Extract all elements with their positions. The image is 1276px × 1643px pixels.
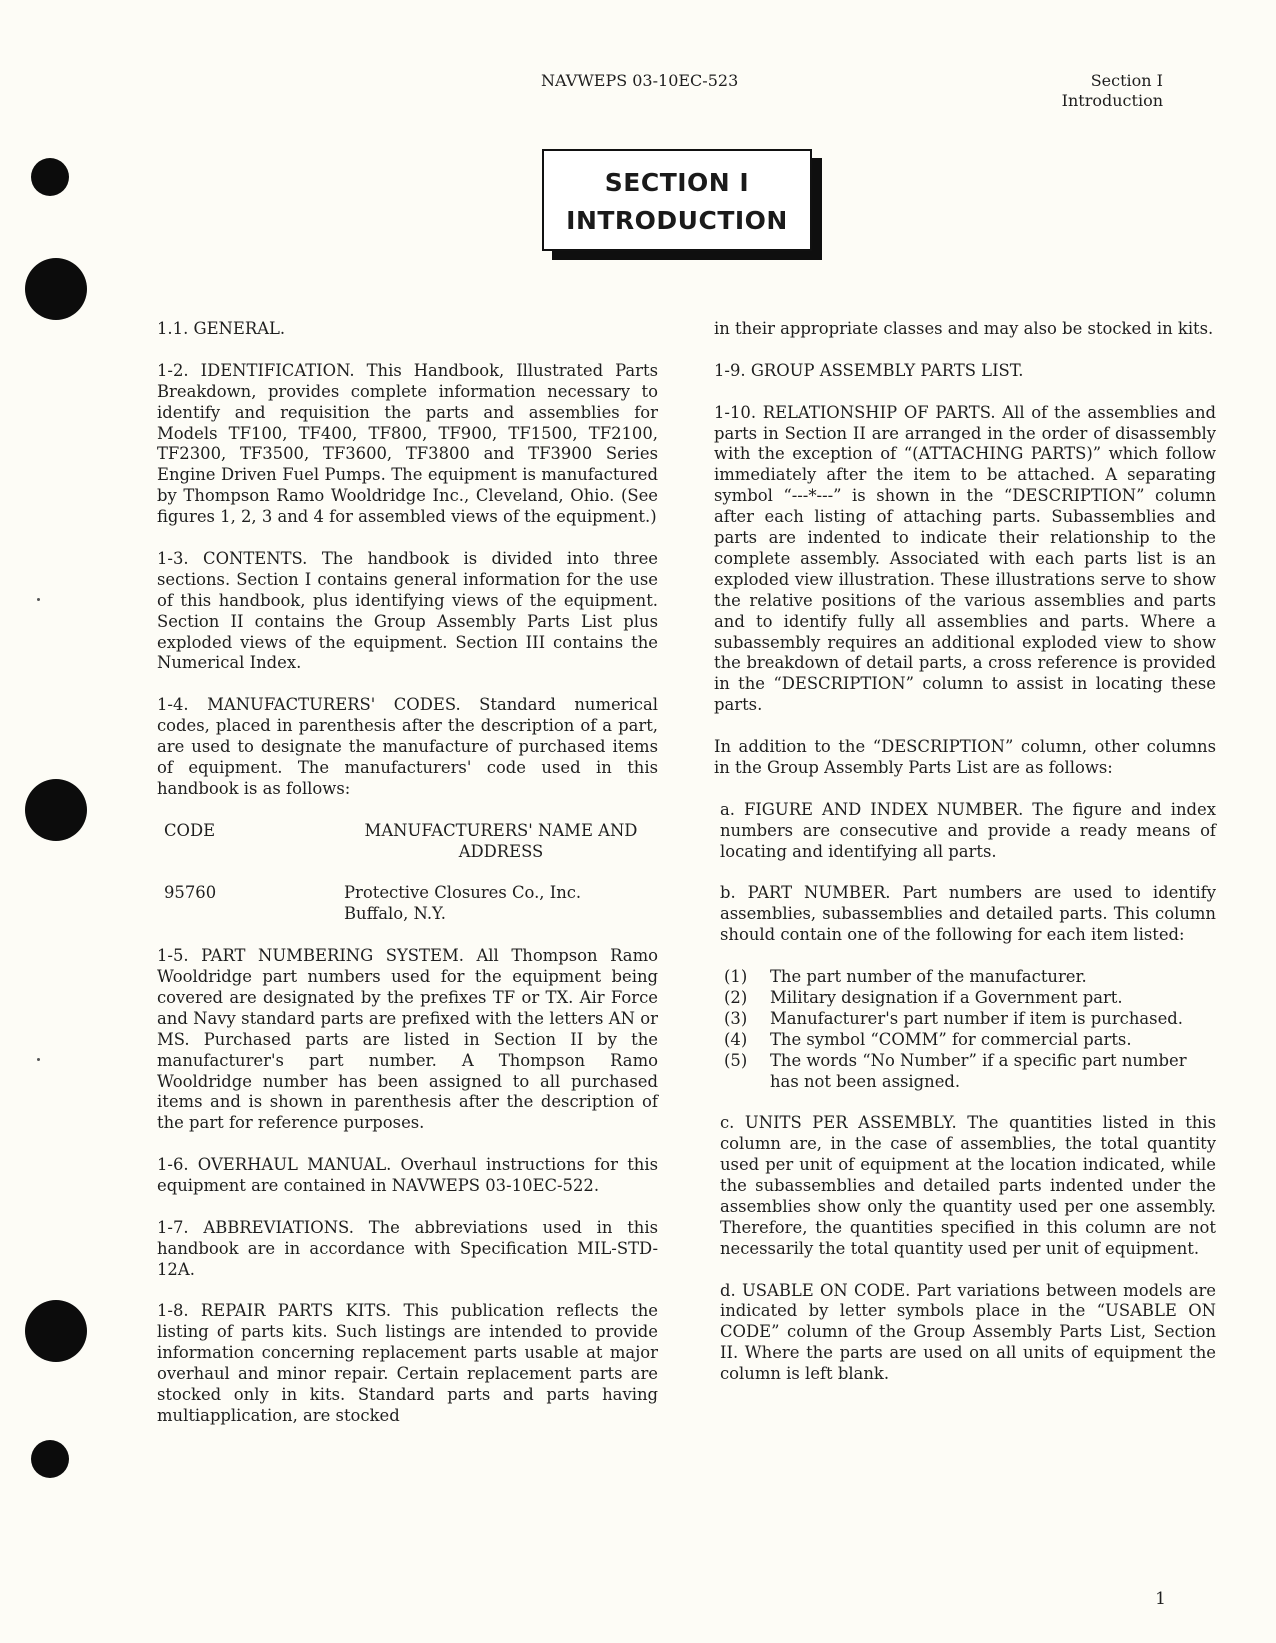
list-item: (2)Military designation if a Government … <box>714 988 1216 1009</box>
manufacturers-code-table: CODE MANUFACTURERS' NAME AND ADDRESS 957… <box>157 821 658 926</box>
right-column: in their appropriate classes and may als… <box>714 319 1216 1406</box>
scan-speck <box>37 598 40 601</box>
manufacturer-name: Protective Closures Co., Inc. <box>344 883 658 904</box>
header-name-line2: ADDRESS <box>344 842 658 863</box>
para-other-columns: In addition to the “DESCRIPTION” column,… <box>714 737 1216 779</box>
document-number: NAVWEPS 03-10EC-523 <box>541 71 738 90</box>
list-item: (4)The symbol “COMM” for commercial part… <box>714 1030 1216 1051</box>
list-number: (2) <box>714 988 770 1009</box>
list-text: The symbol “COMM” for commercial parts. <box>770 1030 1216 1051</box>
manufacturer-address: Buffalo, N.Y. <box>344 904 658 925</box>
code-value: 95760 <box>157 883 344 925</box>
list-text: Military designation if a Government par… <box>770 988 1216 1009</box>
binder-hole-1 <box>31 158 69 196</box>
para-b-part-number: b. PART NUMBER. Part numbers are used to… <box>714 883 1216 946</box>
list-text: The part number of the manufacturer. <box>770 967 1216 988</box>
list-number: (1) <box>714 967 770 988</box>
para-1-4-manufacturers-codes: 1-4. MANUFACTURERS' CODES. Standard nume… <box>157 695 658 800</box>
para-a-figure-index: a. FIGURE AND INDEX NUMBER. The figure a… <box>714 800 1216 863</box>
para-d-usable-on-code: d. USABLE ON CODE. Part variations betwe… <box>714 1281 1216 1386</box>
list-item: (5)The words “No Number” if a specific p… <box>714 1051 1216 1093</box>
para-1-8-continued: in their appropriate classes and may als… <box>714 319 1216 340</box>
list-number: (4) <box>714 1030 770 1051</box>
list-item: (3)Manufacturer's part number if item is… <box>714 1009 1216 1030</box>
header-name-address: MANUFACTURERS' NAME AND ADDRESS <box>344 821 658 863</box>
para-c-units-per-assembly: c. UNITS PER ASSEMBLY. The quantities li… <box>714 1113 1216 1259</box>
para-1-10-relationship: 1-10. RELATIONSHIP OF PARTS. All of the … <box>714 403 1216 717</box>
table-row: 95760 Protective Closures Co., Inc. Buff… <box>157 883 658 925</box>
binder-hole-4 <box>25 1300 87 1362</box>
section-header: Section I Introduction <box>1062 71 1163 111</box>
header-code: CODE <box>157 821 344 863</box>
list-number: (3) <box>714 1009 770 1030</box>
list-text: The words “No Number” if a specific part… <box>770 1051 1216 1093</box>
para-1-5-part-numbering: 1-5. PART NUMBERING SYSTEM. All Thompson… <box>157 946 658 1134</box>
para-1-6-overhaul-manual: 1-6. OVERHAUL MANUAL. Overhaul instructi… <box>157 1155 658 1197</box>
para-1-2-identification: 1-2. IDENTIFICATION. This Handbook, Illu… <box>157 361 658 528</box>
section-name: Introduction <box>1062 91 1163 111</box>
section-label: Section I <box>1062 71 1163 91</box>
section-title-line1: SECTION I <box>544 168 810 197</box>
para-1-3-contents: 1-3. CONTENTS. The handbook is divided i… <box>157 549 658 674</box>
list-text: Manufacturer's part number if item is pu… <box>770 1009 1216 1030</box>
section-title-line2: INTRODUCTION <box>544 206 810 235</box>
para-1-8-repair-parts-kits: 1-8. REPAIR PARTS KITS. This publication… <box>157 1301 658 1426</box>
left-column: 1.1. GENERAL. 1-2. IDENTIFICATION. This … <box>157 319 658 1448</box>
header-name-line1: MANUFACTURERS' NAME AND <box>344 821 658 842</box>
list-number: (5) <box>714 1051 770 1093</box>
list-item: (1)The part number of the manufacturer. <box>714 967 1216 988</box>
para-1-9-group-assembly: 1-9. GROUP ASSEMBLY PARTS LIST. <box>714 361 1216 382</box>
scan-speck <box>37 1058 40 1061</box>
binder-hole-3 <box>25 779 87 841</box>
page-number: 1 <box>1155 1589 1166 1609</box>
section-title-box: SECTION I INTRODUCTION <box>542 149 812 251</box>
code-table-header: CODE MANUFACTURERS' NAME AND ADDRESS <box>157 821 658 863</box>
binder-hole-5 <box>31 1440 69 1478</box>
part-number-list: (1)The part number of the manufacturer. … <box>714 967 1216 1092</box>
manufacturer-name-address: Protective Closures Co., Inc. Buffalo, N… <box>344 883 658 925</box>
binder-hole-2 <box>25 258 87 320</box>
para-1-1-general: 1.1. GENERAL. <box>157 319 658 340</box>
para-1-7-abbreviations: 1-7. ABBREVIATIONS. The abbreviations us… <box>157 1218 658 1281</box>
